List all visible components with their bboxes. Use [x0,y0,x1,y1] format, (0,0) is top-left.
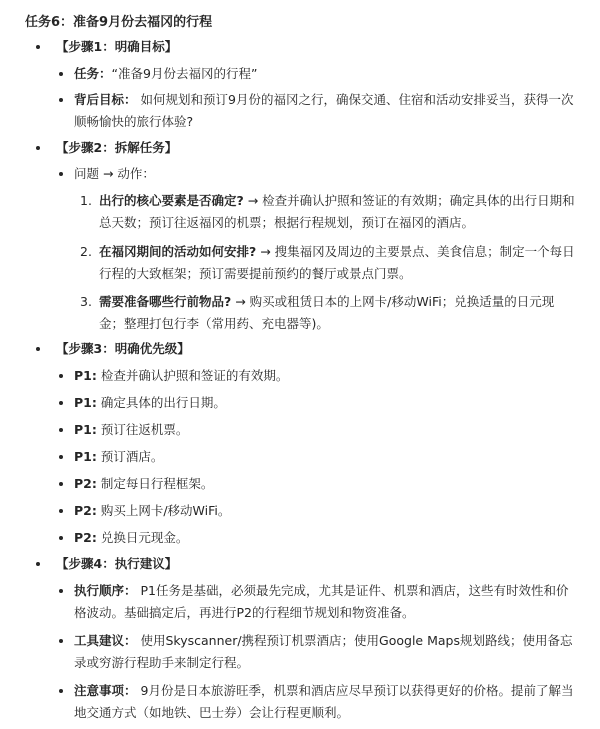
execution-order-item: 执行顺序： P1任务是基础，必须最先完成，尤其是证件、机票和酒店，这些有时效性和… [74,580,574,624]
step-1-heading: 【步骤1：明确目标】 [56,36,576,58]
item-text: 制定每日行程框架。 [97,476,213,491]
priority-label: P1: [74,422,97,437]
item-label: 注意事项： [74,683,137,698]
bullet-icon [59,589,63,593]
list-number: 1. [80,190,92,212]
item-label: 工具建议： [74,633,137,648]
item-text: 如何规划和预订9月份的福冈之行，确保交通、住宿和活动安排妥当，获得一次顺畅愉快的… [74,92,573,129]
bullet-icon [36,562,40,566]
bullet-icon [59,428,63,432]
bullet-icon [59,98,63,102]
item-text: 预订酒店。 [97,449,163,464]
priority-label: P2: [74,503,97,518]
priority-item: P1: 确定具体的出行日期。 [74,392,574,414]
item-text: P1任务是基础，必须最先完成，尤其是证件、机票和酒店，这些有时效性和价格波动。基… [74,583,568,620]
step-1-task: 任务：“准备9月份去福冈的行程” [74,63,574,85]
item-text: “准备9月份去福冈的行程” [112,66,258,81]
priority-label: P1: [74,395,97,410]
priority-label: P1: [74,368,97,383]
priority-item: P1: 预订酒店。 [74,446,574,468]
priority-item: P1: 检查并确认护照和签证的有效期。 [74,365,574,387]
bullet-icon [59,72,63,76]
question-action-label: 问题 → 动作： [74,163,574,185]
item-label: 背后目标： [74,92,137,107]
bullet-icon [59,374,63,378]
item-text: 兑换日元现金。 [97,530,188,545]
item-text: 购买上网卡/移动WiFi。 [97,503,231,518]
priority-item: P2: 购买上网卡/移动WiFi。 [74,500,574,522]
bullet-icon [36,45,40,49]
bullet-icon [59,639,63,643]
task-title: 任务6：准备9月份去福冈的行程 [25,11,212,30]
item-text: 检查并确认护照和签证的有效期。 [97,368,288,383]
priority-item: P2: 兑换日元现金。 [74,527,574,549]
step-1-goal: 背后目标： 如何规划和预订9月份的福冈之行，确保交通、住宿和活动安排妥当，获得一… [74,89,574,133]
item-label: 任务： [74,66,112,81]
item-text: 使用Skyscanner/携程预订机票酒店；使用Google Maps规划路线；… [74,633,573,670]
bullet-icon [59,536,63,540]
priority-item: P2: 制定每日行程框架。 [74,473,574,495]
bullet-icon [59,401,63,405]
step-3-heading: 【步骤3：明确优先级】 [56,338,576,360]
item-label: 在福冈期间的活动如何安排? [99,244,256,259]
list-number: 2. [80,241,92,263]
bullet-icon [59,482,63,486]
item-label: 执行顺序： [74,583,137,598]
item-label: 出行的核心要素是否确定? [99,193,244,208]
bullet-icon [59,689,63,693]
numbered-item-1: 出行的核心要素是否确定? → 检查并确认护照和签证的有效期；确定具体的出行日期和… [99,190,579,234]
priority-label: P1: [74,449,97,464]
step-2-heading: 【步骤2：拆解任务】 [56,137,576,159]
list-number: 3. [80,291,92,313]
priority-label: P2: [74,476,97,491]
item-label: 需要准备哪些行前物品? [99,294,231,309]
numbered-item-2: 在福冈期间的活动如何安排? → 搜集福冈及周边的主要景点、美食信息；制定一个每日… [99,241,579,285]
item-text: 9月份是日本旅游旺季，机票和酒店应尽早预订以获得更好的价格。提前了解当地交通方式… [74,683,573,720]
priority-item: P1: 预订往返机票。 [74,419,574,441]
bullet-icon [59,172,63,176]
item-text: 预订往返机票。 [97,422,188,437]
notes-item: 注意事项： 9月份是日本旅游旺季，机票和酒店应尽早预订以获得更好的价格。提前了解… [74,680,574,724]
bullet-icon [36,347,40,351]
step-4-heading: 【步骤4：执行建议】 [56,553,576,575]
bullet-icon [59,509,63,513]
bullet-icon [36,146,40,150]
item-text: 确定具体的出行日期。 [97,395,226,410]
priority-label: P2: [74,530,97,545]
tool-suggestion-item: 工具建议： 使用Skyscanner/携程预订机票酒店；使用Google Map… [74,630,574,674]
numbered-item-3: 需要准备哪些行前物品? → 购买或租赁日本的上网卡/移动WiFi；兑换适量的日元… [99,291,579,335]
bullet-icon [59,455,63,459]
